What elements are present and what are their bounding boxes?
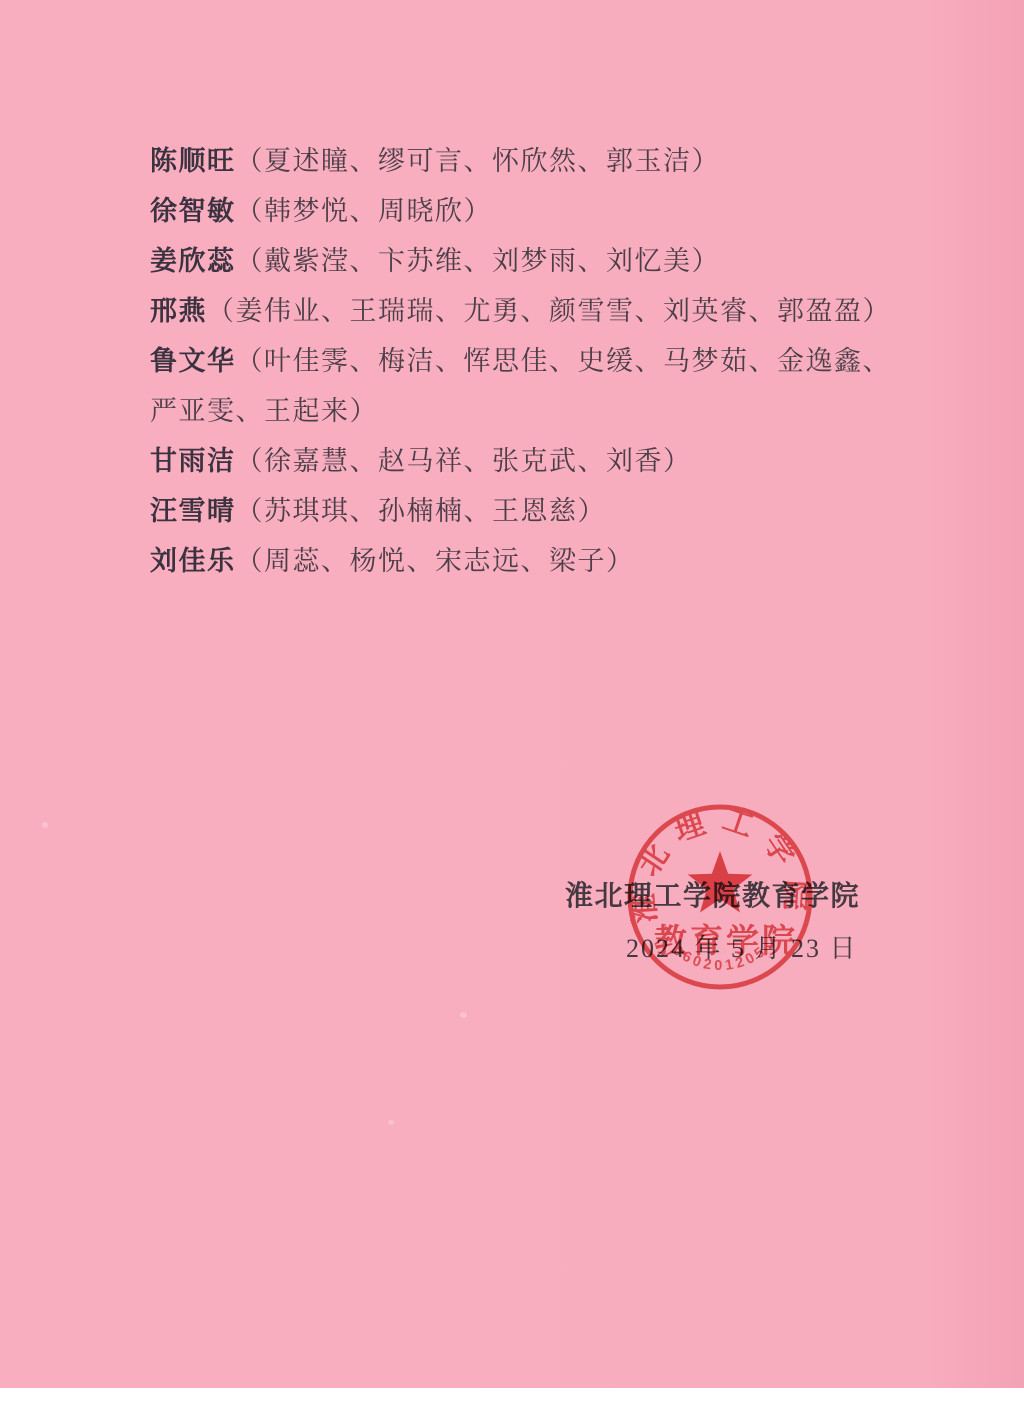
group-leader-name: 陈顺旺 [150,146,236,176]
roster-line: 鲁文华（叶佳霁、梅洁、恽思佳、史缓、马梦茹、金逸鑫、 [150,336,910,386]
paper-speck [42,822,48,828]
group-leader-name: 徐智敏 [150,196,236,226]
group-member-names: （叶佳霁、梅洁、恽思佳、史缓、马梦茹、金逸鑫、 [236,346,892,376]
roster-line: 刘佳乐（周蕊、杨悦、宋志远、梁子） [150,536,910,586]
group-member-names: （韩梦悦、周晓欣） [236,196,493,226]
paper-speck [388,1120,394,1125]
group-member-names: （周蕊、杨悦、宋志远、梁子） [236,546,635,576]
group-member-names: （姜伟业、王瑞瑞、尤勇、颜雪雪、刘英睿、郭盈盈） [207,296,891,326]
group-leader-name: 汪雪晴 [150,496,236,526]
group-member-names: （徐嘉慧、赵马祥、张克武、刘香） [236,446,692,476]
signature-organization: 淮北理工学院教育学院 [565,874,860,914]
group-member-names: （戴紫滢、卞苏维、刘梦雨、刘忆美） [236,246,721,276]
roster-line-continuation: 严亚雯、王起来） [150,386,910,436]
group-leader-name: 姜欣蕊 [150,246,236,276]
group-member-names: （苏琪琪、孙楠楠、王恩慈） [236,496,607,526]
group-member-names: （夏述瞳、缪可言、怀欣然、郭玉洁） [236,146,721,176]
group-leader-name: 甘雨洁 [150,446,236,476]
group-leader-name: 鲁文华 [150,346,236,376]
paper-speck [460,1012,467,1018]
roster-line: 姜欣蕊（戴紫滢、卞苏维、刘梦雨、刘忆美） [150,236,910,286]
group-leader-name: 邢燕 [150,296,207,326]
roster-line: 汪雪晴（苏琪琪、孙楠楠、王恩慈） [150,486,910,536]
signature-date: 2024 年 5 月 23 日 [626,928,858,965]
group-member-names: 严亚雯、王起来） [150,396,378,426]
roster-line: 徐智敏（韩梦悦、周晓欣） [150,186,910,236]
roster-line: 陈顺旺（夏述瞳、缪可言、怀欣然、郭玉洁） [150,136,910,186]
roster-line: 邢燕（姜伟业、王瑞瑞、尤勇、颜雪雪、刘英睿、郭盈盈） [150,286,910,336]
scan-edge-strip [0,1388,1024,1408]
roster-line: 甘雨洁（徐嘉慧、赵马祥、张克武、刘香） [150,436,910,486]
group-leader-name: 刘佳乐 [150,546,236,576]
roster-list: 陈顺旺（夏述瞳、缪可言、怀欣然、郭玉洁） 徐智敏（韩梦悦、周晓欣） 姜欣蕊（戴紫… [150,136,910,586]
scanned-document-page: 陈顺旺（夏述瞳、缪可言、怀欣然、郭玉洁） 徐智敏（韩梦悦、周晓欣） 姜欣蕊（戴紫… [0,0,1024,1408]
